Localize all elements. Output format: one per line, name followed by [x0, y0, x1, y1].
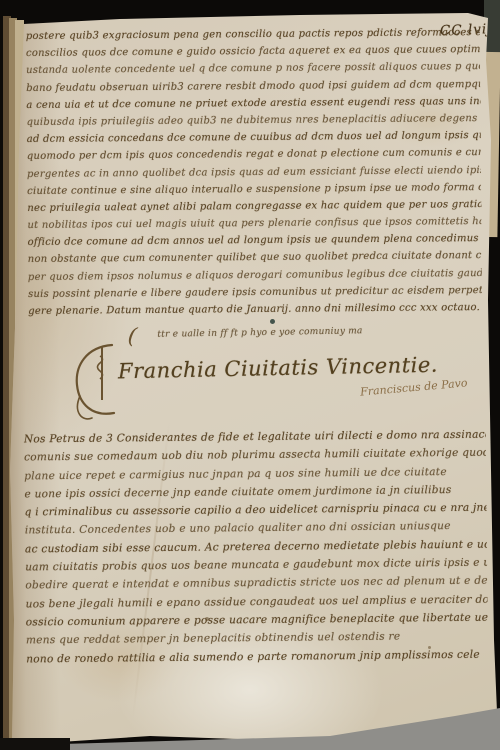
- ink-blot: [428, 646, 431, 649]
- rubric-line: ttr e ualle in ff ft p hyo e yoe comuniu…: [110, 325, 410, 340]
- text-block-lower: Nos Petrus de 3 Considerantes de fide et…: [24, 426, 488, 669]
- text-block-upper: postere quib3 exgraciosum pena gen consc…: [26, 24, 483, 320]
- ink-blot: [205, 617, 209, 621]
- section-heading: Franchia Ciuitatis Vincentie.: [118, 353, 438, 384]
- decorative-initial: [72, 338, 124, 424]
- margin-annotation: Franciscus de Pavo: [360, 376, 468, 398]
- manuscript-photo: 449 CC lvij. postere quib3 exgraciosum p…: [0, 0, 500, 750]
- ink-blot: [270, 319, 275, 324]
- background-corner: [0, 738, 70, 750]
- parchment-page: 449 CC lvij. postere quib3 exgraciosum p…: [0, 0, 500, 750]
- archive-number: 449: [424, 1, 449, 16]
